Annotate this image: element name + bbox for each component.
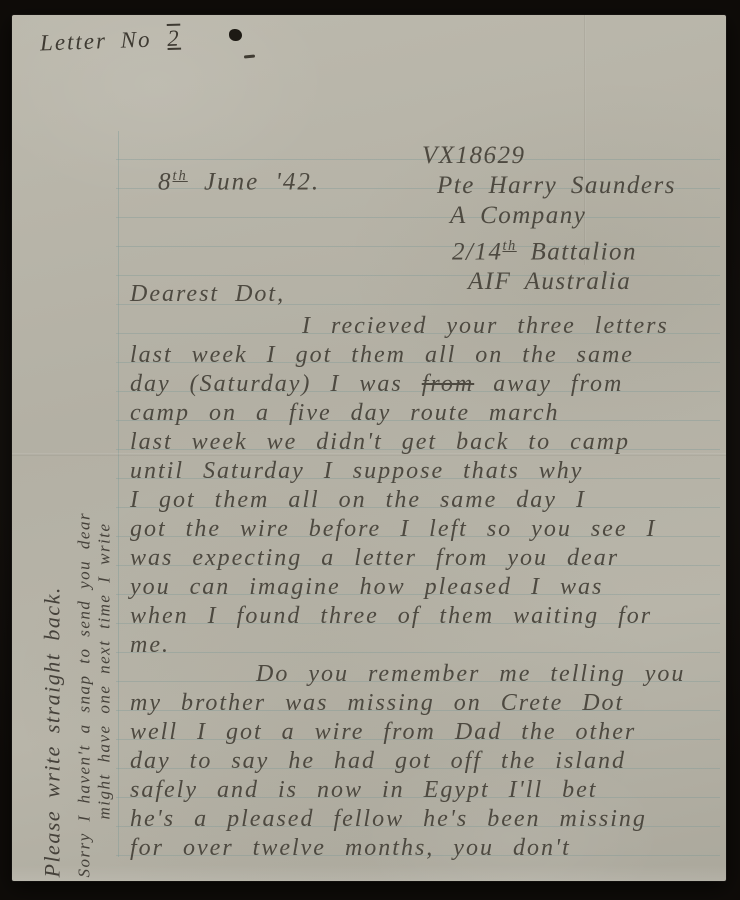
body-line: I got them all on the same day I (130, 486, 726, 515)
sender-company: A Company (450, 201, 676, 231)
body-line: was expecting a letter from you dear (130, 544, 726, 573)
sender-header: VX18629 Pte Harry Saunders A Company 2/1… (422, 141, 676, 297)
sender-battalion: 2/14th Battalion (452, 231, 676, 267)
ink-dash-mark (244, 54, 255, 58)
body-line: I recieved your three letters (130, 312, 726, 341)
margin-note-line: Sorry I haven't a snap to send you dear (75, 238, 95, 878)
sender-name: Pte Harry Saunders (437, 171, 676, 201)
date-day: 8 (158, 168, 173, 195)
body-line: camp on a five day route march (130, 399, 726, 428)
body-text: he's a pleased fellow he's been missing (130, 806, 647, 832)
body-line: you can imagine how pleased I was (130, 573, 726, 602)
body-text: you can imagine how pleased I was (130, 574, 603, 600)
paper: Letter No 2 Please write straight back.S… (12, 15, 726, 881)
body-line: he's a pleased fellow he's been missing (130, 805, 726, 834)
body-text: well I got a wire from Dad the other (130, 719, 636, 745)
body-text: I recieved your three letters (302, 313, 669, 339)
body-text: safely and is now in Egypt I'll bet (130, 777, 597, 803)
body-line: last week I got them all on the same (130, 341, 726, 370)
body-line: well I got a wire from Dad the other (130, 718, 726, 747)
body-text: day (Saturday) I was (130, 371, 422, 397)
date-ordinal: th (173, 168, 188, 184)
margin-note-line: Please write straight back. (40, 238, 66, 878)
body-text: I got them all on the same day I (130, 487, 586, 513)
battalion-rest: Battalion (517, 238, 637, 265)
salutation: Dearest Dot, (130, 281, 285, 308)
body-text: day to say he had got off the island (130, 748, 626, 774)
body-line: day to say he had got off the island (130, 747, 726, 776)
letter-number-annotation: Letter No 2 (40, 26, 184, 57)
battalion-ordinal: th (502, 238, 516, 254)
body-text: when I found three of them waiting for (130, 603, 652, 629)
body-line: my brother was missing on Crete Dot (130, 689, 726, 718)
body-text: until Saturday I suppose thats why (130, 458, 583, 484)
battalion-number: 2/14 (452, 238, 502, 265)
margin-note: Please write straight back.Sorry I haven… (40, 238, 115, 878)
sender-force: AIF Australia (468, 267, 676, 297)
body-text: for over twelve months, you don't (130, 835, 571, 861)
date-line: 8th June '42. (158, 168, 320, 196)
body-line: Do you remember me telling you (130, 660, 726, 689)
body-line: until Saturday I suppose thats why (130, 457, 726, 486)
date-rest: June '42. (188, 168, 320, 195)
margin-note-line: might have one next time I write (95, 238, 115, 878)
body-line: day (Saturday) I was from away from (130, 370, 726, 399)
body-text: my brother was missing on Crete Dot (130, 690, 624, 716)
body-line: for over twelve months, you don't (130, 834, 726, 863)
body-line: safely and is now in Egypt I'll bet (130, 776, 726, 805)
paper-bottom-edge (12, 865, 726, 881)
body-text: got the wire before I left so you see I (130, 516, 656, 542)
body-text: last week I got them all on the same (130, 342, 634, 368)
body-line: when I found three of them waiting for (130, 602, 726, 631)
letter-number-value: 2 (165, 26, 183, 52)
body-line: last week we didn't get back to camp (130, 428, 726, 457)
body-text: away from (474, 371, 623, 397)
body-text: last week we didn't get back to camp (130, 429, 630, 455)
letter-number-prefix: Letter No (40, 26, 166, 55)
service-number: VX18629 (422, 141, 676, 171)
body-text: Do you remember me telling you (256, 661, 685, 687)
body-lines: I recieved your three letterslast week I… (130, 312, 726, 863)
body-line: got the wire before I left so you see I (130, 515, 726, 544)
body-line: me. (130, 631, 726, 660)
body-text: camp on a five day route march (130, 400, 559, 426)
ink-blot (229, 29, 242, 41)
struck-word: from (422, 371, 474, 397)
margin-rule-line (118, 131, 119, 857)
body-text: was expecting a letter from you dear (130, 545, 619, 571)
letter-photo: Letter No 2 Please write straight back.S… (0, 0, 740, 900)
body-text: me. (130, 632, 170, 658)
